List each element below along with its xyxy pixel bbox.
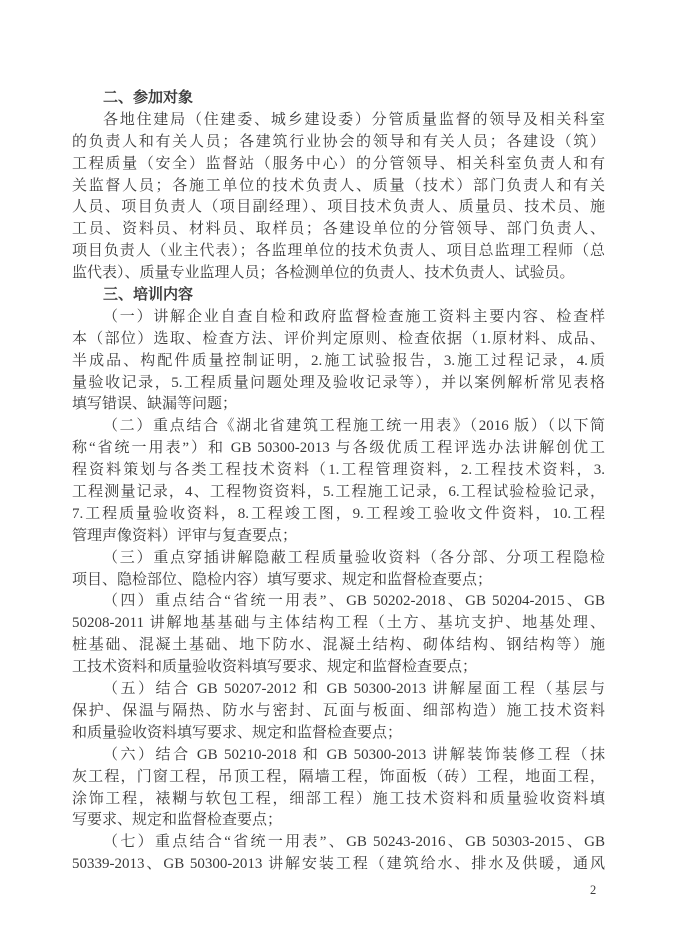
text-line: 50208-2011 讲解地基基础与主体结构工程（土方、基坑支护、地基处理、 [72, 613, 605, 635]
text-line: 程资料策划与各类工程技术资料（1.工程管理资料，2.工程技术资料，3. [72, 460, 605, 482]
text-line: 监代表）、质量专业监理人员；各检测单位的负责人、技术负责人、试验员。 [72, 263, 605, 285]
text-line: （一）讲解企业自查自检和政府监督检查施工资料主要内容、检查样 [72, 307, 605, 329]
text-line: 灰工程，门窗工程，吊顶工程，隔墙工程，饰面板（砖）工程，地面工程， [72, 767, 605, 789]
text-line: （二）重点结合《湖北省建筑工程施工统一用表》（2016 版）（以下简 [72, 416, 605, 438]
text-line: （四）重点结合“省统一用表”、GB 50202-2018、GB 50204-20… [72, 591, 605, 613]
text-line: 的负责人和有关人员；各建筑行业协会的领导和有关人员；各建设（筑） [72, 132, 605, 154]
text-line: （三）重点穿插讲解隐蔽工程质量验收资料（各分部、分项工程隐检 [72, 548, 605, 570]
section-heading: 二、参加对象 [72, 88, 605, 110]
text-line: 填写错误、缺漏等问题； [72, 394, 605, 416]
text-line: （五）结合 GB 50207-2012 和 GB 50300-2013 讲解屋面… [72, 679, 605, 701]
text-line: （六）结合 GB 50210-2018 和 GB 50300-2013 讲解装饰… [72, 745, 605, 767]
text-line: 项目、隐检部位、隐检内容）填写要求、规定和监督检查要点； [72, 570, 605, 592]
text-line: 涂饰工程，裱糊与软包工程，细部工程）施工技术资料和质量验收资料填 [72, 789, 605, 811]
text-line: （七）重点结合“省统一用表”、GB 50243-2016、GB 50303-20… [72, 832, 605, 854]
text-line: 工程质量（安全）监督站（服务中心）的分管领导、相关科室负责人和有 [72, 154, 605, 176]
section-heading: 三、培训内容 [72, 285, 605, 307]
text-line: 工员、资料员、材料员、取样员；各建设单位的分管领导、部门负责人、 [72, 219, 605, 241]
text-line: 和质量验收资料填写要求、规定和监督检查要点； [72, 723, 605, 745]
page-number: 2 [590, 882, 596, 898]
text-line: 工程测量记录，4、工程物资资料，5.工程施工记录，6.工程试验检验记录， [72, 482, 605, 504]
text-line: 本（部位）选取、检查方法、评价判定原则、检查依据（1.原材料、成品、 [72, 329, 605, 351]
text-line: 工技术资料和质量验收资料填写要求、规定和监督检查要点； [72, 657, 605, 679]
text-line: 关监督人员；各施工单位的技术负责人、质量（技术）部门负责人和有关 [72, 176, 605, 198]
text-line: 半成品、构配件质量控制证明，2.施工试验报告，3.施工过程记录，4.质 [72, 351, 605, 373]
text-line: 7.工程质量验收资料，8.工程竣工图，9.工程竣工验收文件资料，10.工程 [72, 504, 605, 526]
text-line: 项目负责人（业主代表）；各监理单位的技术负责人、项目总监理工程师（总 [72, 241, 605, 263]
text-line: 桩基础、混凝土基础、地下防水、混凝土结构、砌体结构、钢结构等）施 [72, 635, 605, 657]
text-line: 称“省统一用表”）和 GB 50300-2013 与各级优质工程评选办法讲解创优… [72, 438, 605, 460]
text-line: 保护、保温与隔热、防水与密封、瓦面与板面、细部构造）施工技术资料 [72, 701, 605, 723]
text-line: 50339-2013、GB 50300-2013 讲解安装工程（建筑给水、排水及… [72, 854, 605, 876]
document-body: 二、参加对象各地住建局（住建委、城乡建设委）分管质量监督的领导及相关科室的负责人… [72, 88, 605, 876]
text-line: 写要求、规定和监督检查要点； [72, 810, 605, 832]
text-line: 人员、项目负责人（项目副经理）、项目技术负责人、质量员、技术员、施 [72, 197, 605, 219]
text-line: 各地住建局（住建委、城乡建设委）分管质量监督的领导及相关科室 [72, 110, 605, 132]
document-page: 二、参加对象各地住建局（住建委、城乡建设委）分管质量监督的领导及相关科室的负责人… [0, 0, 674, 943]
text-line: 管理声像资料）评审与复查要点； [72, 526, 605, 548]
text-line: 量验收记录，5.工程质量问题处理及验收记录等），并以案例解析常见表格 [72, 373, 605, 395]
